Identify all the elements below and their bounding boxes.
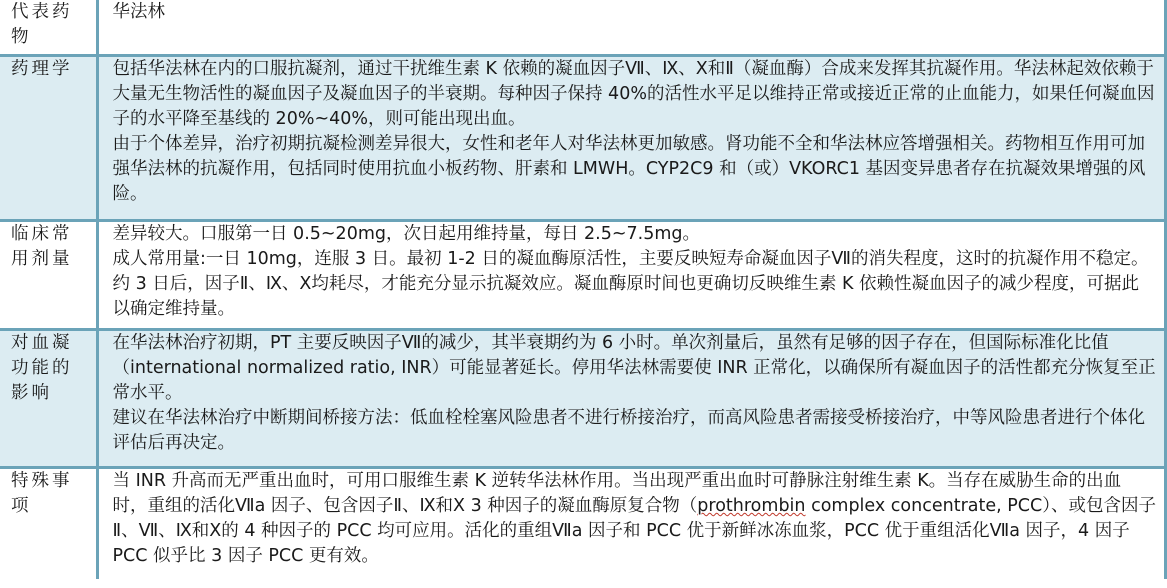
row-label-text: 特殊事项 xyxy=(11,471,73,516)
row-label: 对血凝功能的影响 xyxy=(0,330,97,468)
row-label: 代表药物 xyxy=(0,0,97,56)
table-row-special-notes: 特殊事项 当 INR 升高而无严重出血时，可用口服维生素 K 逆转华法林作用。当… xyxy=(0,468,1166,580)
row-label-text: 对血凝功能的影响 xyxy=(11,333,73,403)
row-content: 包括华法林在内的口服抗凝剂，通过干扰维生素 K 依赖的凝血因子Ⅶ、Ⅸ、Ⅹ和Ⅱ（凝… xyxy=(97,56,1166,221)
table-row-representative-drug: 代表药物 华法林 xyxy=(0,0,1166,56)
content-paragraph: 当 INR 升高而无严重出血时，可用口服维生素 K 逆转华法林作用。当出现严重出… xyxy=(113,469,1157,569)
content-paragraph: 由于个体差异，治疗初期抗凝检测差异很大，女性和老年人对华法林更加敏感。肾功能不全… xyxy=(113,132,1157,207)
content-paragraph: 在华法林治疗初期，PT 主要反映因子Ⅶ的减少，其半衰期约为 6 小时。单次剂量后… xyxy=(113,331,1157,406)
table-row-clinical-dosage: 临床常用剂量 差异较大。口服第一日 0.5~20mg，次日起用维持量，每日 2.… xyxy=(0,221,1166,330)
row-content: 在华法林治疗初期，PT 主要反映因子Ⅶ的减少，其半衰期约为 6 小时。单次剂量后… xyxy=(97,330,1166,468)
row-content: 华法林 xyxy=(97,0,1166,56)
row-label: 特殊事项 xyxy=(0,468,97,580)
row-label: 临床常用剂量 xyxy=(0,221,97,330)
table-row-coagulation-effect: 对血凝功能的影响 在华法林治疗初期，PT 主要反映因子Ⅶ的减少，其半衰期约为 6… xyxy=(0,330,1166,468)
row-label-text: 临床常用剂量 xyxy=(11,224,73,269)
content-paragraph: 包括华法林在内的口服抗凝剂，通过干扰维生素 K 依赖的凝血因子Ⅶ、Ⅸ、Ⅹ和Ⅱ（凝… xyxy=(113,57,1157,132)
spellcheck-flagged-word: prothrombin xyxy=(697,496,805,516)
content-paragraph: 差异较大。口服第一日 0.5~20mg，次日起用维持量，每日 2.5~7.5mg… xyxy=(113,222,1157,247)
content-paragraph: 建议在华法林治疗中断期间桥接方法：低血栓栓塞风险患者不进行桥接治疗，而高风险患者… xyxy=(113,406,1157,456)
content-paragraph: 成人常用量:一日 10mg，连服 3 日。最初 1-2 日的凝血酶原活性，主要反… xyxy=(113,247,1157,322)
table-row-pharmacology: 药理学 包括华法林在内的口服抗凝剂，通过干扰维生素 K 依赖的凝血因子Ⅶ、Ⅸ、Ⅹ… xyxy=(0,56,1166,221)
warfarin-info-table: 代表药物 华法林 药理学 包括华法林在内的口服抗凝剂，通过干扰维生素 K 依赖的… xyxy=(0,0,1167,579)
row-content: 差异较大。口服第一日 0.5~20mg，次日起用维持量，每日 2.5~7.5mg… xyxy=(97,221,1166,330)
row-label-text: 药理学 xyxy=(11,59,73,79)
row-label-text: 代表药物 xyxy=(11,2,73,47)
row-label: 药理学 xyxy=(0,56,97,221)
content-paragraph: 华法林 xyxy=(113,0,1157,25)
row-content: 当 INR 升高而无严重出血时，可用口服维生素 K 逆转华法林作用。当出现严重出… xyxy=(97,468,1166,580)
